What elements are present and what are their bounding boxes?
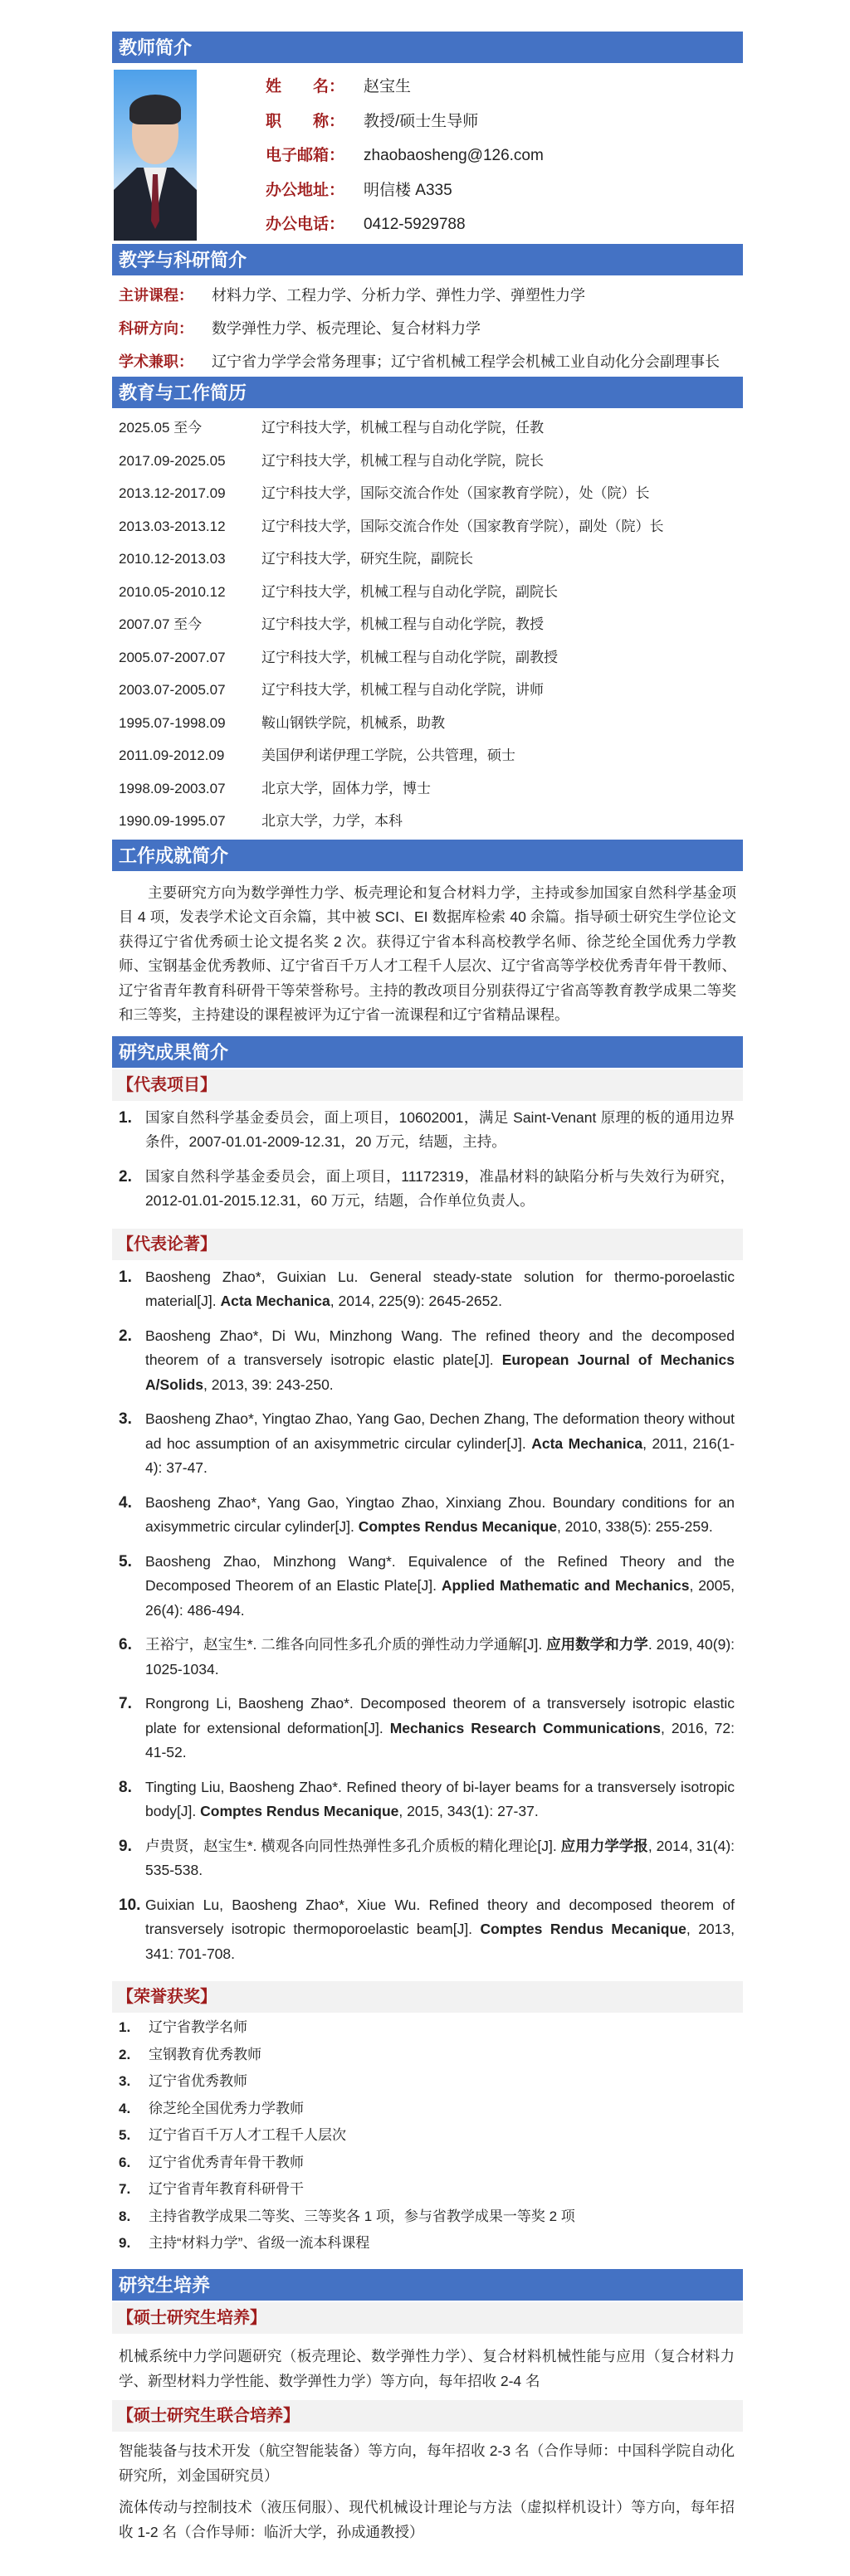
education-date: 2025.05 至今 — [119, 411, 261, 445]
teaching-positions-row: 学术兼职： 辽宁省力学学会常务理事；辽宁省机械工程学会机械工业自动化分会副理事长 — [112, 345, 743, 377]
education-list: 2025.05 至今辽宁科技大学，机械工程与自动化学院，任教 2017.09-2… — [112, 410, 743, 838]
item-number: 5. — [119, 1550, 145, 1624]
paper-journal: Acta Mechanica — [531, 1435, 642, 1452]
item-number: 3. — [119, 2068, 149, 2096]
education-desc: 辽宁科技大学，机械工程与自动化学院，教授 — [261, 608, 544, 641]
education-date: 2013.12-2017.09 — [119, 477, 261, 510]
profile-office-value: 明信楼 A335 — [364, 173, 452, 208]
paper-item: 3.Baosheng Zhao*, Yingtao Zhao, Yang Gao… — [112, 1402, 743, 1486]
teaching-research-row: 科研方向： 数学弹性力学、板壳理论、复合材料力学 — [112, 312, 743, 345]
education-desc: 辽宁科技大学，机械工程与自动化学院，副教授 — [261, 641, 558, 674]
honor-item: 4.徐芝纶全国优秀力学教师 — [112, 2096, 743, 2123]
education-row: 2003.07-2005.07辽宁科技大学，机械工程与自动化学院，讲师 — [112, 674, 743, 707]
honor-item: 1.辽宁省教学名师 — [112, 2014, 743, 2042]
education-row: 1990.09-1995.07北京大学，力学，本科 — [112, 805, 743, 838]
paper-item: 6.王裕宁，赵宝生*. 二维各向同性多孔介质的弹性动力学通解[J]. 应用数学和… — [112, 1628, 743, 1687]
item-number: 9. — [119, 2230, 149, 2257]
paper-item: 10.Guixian Lu, Baosheng Zhao*, Xiue Wu. … — [112, 1888, 743, 1972]
joint-training-item: 智能装备与技术开发（航空智能装备）等方向，每年招收 2-3 名（合作导师：中国科… — [112, 2432, 743, 2495]
education-row: 2011.09-2012.09美国伊利诺伊理工学院，公共管理，硕士 — [112, 739, 743, 772]
honor-list: 1.辽宁省教学名师 2.宝钢教育优秀教师 3.辽宁省优秀教师 4.徐芝纶全国优秀… — [112, 2013, 743, 2257]
teacher-photo — [114, 70, 197, 241]
item-number: 2. — [119, 2042, 149, 2069]
subsection-joint-training: 【硕士研究生联合培养】 — [112, 2400, 743, 2432]
honor-item: 7.辽宁省青年教育科研骨干 — [112, 2176, 743, 2203]
education-date: 1995.07-1998.09 — [119, 707, 261, 740]
honor-item: 3.辽宁省优秀教师 — [112, 2068, 743, 2096]
photo-hair — [129, 95, 181, 124]
paper-list: 1.Baosheng Zhao*, Guixian Lu. General st… — [112, 1260, 743, 1972]
achievement-paragraph: 主要研究方向为数学弹性力学、板壳理论和复合材料力学，主持或参加国家自然科学基金项… — [112, 873, 743, 1036]
profile-title-row: 职 称： 教授/硕士生导师 — [266, 105, 544, 139]
item-number: 7. — [119, 2176, 149, 2203]
paper-journal: Applied Mathematic and Mechanics — [442, 1577, 690, 1594]
profile-title-value: 教授/硕士生导师 — [364, 105, 478, 139]
profile-label: 办公地址： — [266, 173, 364, 208]
teaching-courses-row: 主讲课程： 材料力学、工程力学、分析力学、弹性力学、弹塑性力学 — [112, 277, 743, 312]
teaching-positions-value: 辽宁省力学学会常务理事；辽宁省机械工程学会机械工业自动化分会副理事长 — [212, 350, 743, 373]
education-date: 2013.03-2013.12 — [119, 510, 261, 543]
profile-name-row: 姓 名： 赵宝生 — [266, 70, 544, 105]
paper-item: 1.Baosheng Zhao*, Guixian Lu. General st… — [112, 1260, 743, 1319]
honor-text: 辽宁省优秀教师 — [149, 2068, 247, 2096]
education-desc: 辽宁科技大学，机械工程与自动化学院，任教 — [261, 411, 544, 445]
item-number: 6. — [119, 1633, 145, 1682]
honor-text: 辽宁省百千万人才工程千人层次 — [149, 2122, 346, 2150]
profile-label: 职 称： — [266, 105, 364, 139]
paper-journal: Mechanics Research Communications — [390, 1720, 661, 1736]
education-desc: 美国伊利诺伊理工学院，公共管理，硕士 — [261, 739, 515, 772]
subsection-master-training: 【硕士研究生培养】 — [112, 2302, 743, 2334]
education-date: 2005.07-2007.07 — [119, 641, 261, 674]
education-row: 2010.12-2013.03辽宁科技大学，研究生院，副院长 — [112, 543, 743, 576]
item-number: 4. — [119, 2096, 149, 2123]
education-row: 2013.12-2017.09辽宁科技大学，国际交流合作处（国家教育学院），处（… — [112, 477, 743, 510]
honor-item: 9.主持“材料力学”、省级一流本科课程 — [112, 2230, 743, 2257]
education-date: 1990.09-1995.07 — [119, 805, 261, 838]
item-number: 9. — [119, 1834, 145, 1883]
paper-details: , 2010, 338(5): 255-259. — [557, 1518, 713, 1535]
education-desc: 辽宁科技大学，研究生院，副院长 — [261, 543, 473, 576]
education-row: 2010.05-2010.12辽宁科技大学，机械工程与自动化学院，副院长 — [112, 576, 743, 609]
profile-label: 办公电话： — [266, 207, 364, 242]
subsection-projects: 【代表项目】 — [112, 1069, 743, 1101]
section-header-teaching: 教学与科研简介 — [112, 244, 743, 277]
section-header-education: 教育与工作简历 — [112, 377, 743, 410]
teaching-label: 学术兼职： — [119, 350, 212, 373]
teaching-label: 主讲课程： — [119, 284, 212, 307]
item-number: 2. — [119, 1324, 145, 1398]
education-desc: 辽宁科技大学，机械工程与自动化学院，院长 — [261, 445, 544, 478]
paper-item: 7.Rongrong Li, Baosheng Zhao*. Decompose… — [112, 1687, 743, 1770]
profile-info: 姓 名： 赵宝生 职 称： 教授/硕士生导师 电子邮箱： zhaobaoshen… — [266, 70, 544, 242]
education-desc: 辽宁科技大学，国际交流合作处（国家教育学院），处（院）长 — [261, 477, 650, 510]
paper-journal: Acta Mechanica — [220, 1293, 330, 1309]
education-row: 1998.09-2003.07北京大学，固体力学，博士 — [112, 772, 743, 806]
section-header-profile: 教师简介 — [112, 32, 743, 65]
honor-text: 主持“材料力学”、省级一流本科课程 — [149, 2230, 369, 2257]
honor-text: 宝钢教育优秀教师 — [149, 2042, 261, 2069]
education-date: 2011.09-2012.09 — [119, 739, 261, 772]
item-number: 4. — [119, 1491, 145, 1540]
honor-item: 6.辽宁省优秀青年骨干教师 — [112, 2150, 743, 2177]
section-header-achievement: 工作成就简介 — [112, 840, 743, 873]
education-desc: 辽宁科技大学，国际交流合作处（国家教育学院），副处（院）长 — [261, 510, 664, 543]
section-header-research: 研究成果简介 — [112, 1036, 743, 1069]
honor-item: 5.辽宁省百千万人才工程千人层次 — [112, 2122, 743, 2150]
subsection-honors: 【荣誉获奖】 — [112, 1981, 743, 2013]
education-desc: 辽宁科技大学，机械工程与自动化学院，副院长 — [261, 576, 558, 609]
item-number: 8. — [119, 2203, 149, 2231]
subsection-papers: 【代表论著】 — [112, 1229, 743, 1260]
item-number: 5. — [119, 2122, 149, 2150]
paper-details: , 2013, 39: 243-250. — [203, 1376, 334, 1393]
item-number: 10. — [119, 1893, 145, 1967]
teaching-courses-value: 材料力学、工程力学、分析力学、弹性力学、弹塑性力学 — [212, 284, 743, 307]
paper-details: , 2014, 225(9): 2645-2652. — [330, 1293, 502, 1309]
education-row: 2005.07-2007.07辽宁科技大学，机械工程与自动化学院，副教授 — [112, 641, 743, 674]
item-number: 1. — [119, 1106, 145, 1155]
paper-item: 2.Baosheng Zhao*, Di Wu, Minzhong Wang. … — [112, 1319, 743, 1403]
section-header-graduate: 研究生培养 — [112, 2269, 743, 2302]
education-date: 1998.09-2003.07 — [119, 772, 261, 806]
item-number: 1. — [119, 1265, 145, 1314]
project-text: 国家自然科学基金委员会，面上项目，11172319，准晶材料的缺陷分析与失效行为… — [145, 1165, 735, 1214]
paper-citation: 王裕宁，赵宝生*. 二维各向同性多孔介质的弹性动力学通解[J]. — [145, 1636, 546, 1653]
education-date: 2017.09-2025.05 — [119, 445, 261, 478]
education-row: 2025.05 至今辽宁科技大学，机械工程与自动化学院，任教 — [112, 411, 743, 445]
profile-label: 姓 名： — [266, 70, 364, 105]
item-number: 8. — [119, 1775, 145, 1824]
profile-name-value: 赵宝生 — [364, 70, 411, 105]
profile-phone-value: 0412-5929788 — [364, 207, 466, 242]
profile-email-row: 电子邮箱： zhaobaosheng@126.com — [266, 139, 544, 173]
profile-label: 电子邮箱： — [266, 139, 364, 173]
profile-email-value[interactable]: zhaobaosheng@126.com — [364, 139, 544, 173]
education-desc: 北京大学，固体力学，博士 — [261, 772, 431, 806]
paper-details: , 2015, 343(1): 27-37. — [398, 1803, 538, 1819]
education-date: 2010.05-2010.12 — [119, 576, 261, 609]
honor-item: 2.宝钢教育优秀教师 — [112, 2042, 743, 2069]
education-row: 2007.07 至今辽宁科技大学，机械工程与自动化学院，教授 — [112, 608, 743, 641]
joint-training-item: 流体传动与控制技术（液压伺服）、现代机械设计理论与方法（虚拟样机设计）等方向，每… — [112, 2495, 743, 2551]
item-number: 7. — [119, 1692, 145, 1765]
project-item: 1.国家自然科学基金委员会，面上项目，10602001，满足 Saint-Ven… — [112, 1101, 743, 1160]
paper-citation: 卢贵贤，赵宝生*. 横观各向同性热弹性多孔介质板的精化理论[J]. — [145, 1838, 561, 1854]
education-row: 2013.03-2013.12辽宁科技大学，国际交流合作处（国家教育学院），副处… — [112, 510, 743, 543]
profile-office-row: 办公地址： 明信楼 A335 — [266, 173, 544, 208]
honor-text: 徐芝纶全国优秀力学教师 — [149, 2096, 304, 2123]
paper-journal: 应用力学学报 — [561, 1838, 648, 1854]
education-desc: 辽宁科技大学，机械工程与自动化学院，讲师 — [261, 674, 544, 707]
paper-item: 9.卢贵贤，赵宝生*. 横观各向同性热弹性多孔介质板的精化理论[J]. 应用力学… — [112, 1829, 743, 1888]
paper-journal: Comptes Rendus Mecanique — [481, 1921, 686, 1937]
education-date: 2007.07 至今 — [119, 608, 261, 641]
education-row: 2017.09-2025.05辽宁科技大学，机械工程与自动化学院，院长 — [112, 445, 743, 478]
teacher-profile-page: 教师简介 姓 名： 赵宝生 职 称： 教授/硕士生导师 电子邮箱： zhaoba… — [112, 32, 743, 2551]
education-desc: 鞍山钢铁学院，机械系，助教 — [261, 707, 445, 740]
honor-text: 辽宁省教学名师 — [149, 2014, 247, 2042]
honor-text: 主持省教学成果二等奖、三等奖各 1 项，参与省教学成果一等奖 2 项 — [149, 2203, 575, 2231]
project-text: 国家自然科学基金委员会，面上项目，10602001，满足 Saint-Venan… — [145, 1106, 735, 1155]
project-list: 1.国家自然科学基金委员会，面上项目，10602001，满足 Saint-Ven… — [112, 1101, 743, 1219]
profile-card: 姓 名： 赵宝生 职 称： 教授/硕士生导师 电子邮箱： zhaobaoshen… — [112, 70, 743, 244]
education-date: 2010.12-2013.03 — [119, 543, 261, 576]
paper-journal: 应用数学和力学 — [546, 1636, 648, 1653]
item-number: 3. — [119, 1407, 145, 1481]
paper-item: 4.Baosheng Zhao*, Yang Gao, Yingtao Zhao… — [112, 1486, 743, 1545]
item-number: 1. — [119, 2014, 149, 2042]
teaching-label: 科研方向： — [119, 317, 212, 340]
paper-item: 8.Tingting Liu, Baosheng Zhao*. Refined … — [112, 1770, 743, 1829]
education-row: 1995.07-1998.09鞍山钢铁学院，机械系，助教 — [112, 707, 743, 740]
item-number: 2. — [119, 1165, 145, 1214]
paper-item: 5.Baosheng Zhao, Minzhong Wang*. Equival… — [112, 1545, 743, 1629]
item-number: 6. — [119, 2150, 149, 2177]
project-item: 2.国家自然科学基金委员会，面上项目，11172319，准晶材料的缺陷分析与失效… — [112, 1160, 743, 1219]
paper-journal: Comptes Rendus Mecanique — [359, 1518, 557, 1535]
teaching-research-value: 数学弹性力学、板壳理论、复合材料力学 — [212, 317, 743, 340]
education-date: 2003.07-2005.07 — [119, 674, 261, 707]
education-desc: 北京大学，力学，本科 — [261, 805, 403, 838]
paper-journal: Comptes Rendus Mecanique — [200, 1803, 398, 1819]
profile-phone-row: 办公电话： 0412-5929788 — [266, 207, 544, 242]
honor-text: 辽宁省优秀青年骨干教师 — [149, 2150, 304, 2177]
honor-item: 8.主持省教学成果二等奖、三等奖各 1 项，参与省教学成果一等奖 2 项 — [112, 2203, 743, 2231]
master-training-text: 机械系统中力学问题研究（板壳理论、数学弹性力学）、复合材料机械性能与应用（复合材… — [112, 2334, 743, 2400]
honor-text: 辽宁省青年教育科研骨干 — [149, 2176, 304, 2203]
